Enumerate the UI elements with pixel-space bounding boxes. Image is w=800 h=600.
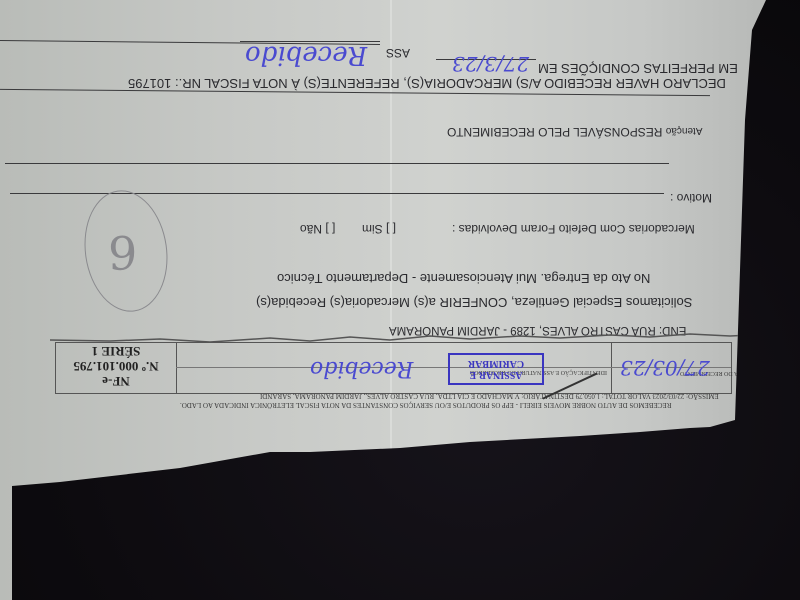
attention-text: Atenção RESPONSÁVEL PELO RECEBIMENTO [447, 125, 702, 139]
stub-date-handwritten: 27/03/23 [620, 356, 710, 380]
stub-header-line-1: RECEBEMOS DE AUTO NOBRE MOVEIS EIRELI - … [180, 401, 671, 409]
nfe-number: N.º 000.101.795 [73, 360, 158, 375]
signature-label: ASS [386, 46, 410, 60]
attention-label: Atenção [666, 125, 703, 136]
stub-divider-nfe [176, 343, 177, 393]
stub-header-line-2: EMISSÃO: 22/03/2023 VALOR TOTAL: 1.050,7… [260, 392, 719, 400]
defect-option-yes: [ ] Sim [362, 222, 396, 236]
nfe-serie: SÉRIE 1 [92, 345, 141, 360]
stamp-line-2: CARIMBAR [468, 358, 524, 369]
defect-option-no: [ ] Não [300, 222, 335, 236]
declaration-line-2: EM PERFEITAS CONDIÇÕES EM [538, 61, 738, 76]
nfe-identification: NF-e N.º 000.101.795 SÉRIE 1 [56, 343, 176, 391]
date-handwritten: 27/3/23 [452, 52, 529, 76]
circled-number: 6 [108, 225, 137, 279]
message-line-1: Solicitamos Especial Gentileza, CONFERIR… [256, 295, 692, 310]
attention-value: RESPONSÁVEL PELO RECEBIMENTO [447, 125, 662, 139]
rule-attention [5, 163, 669, 164]
stub-signature-handwritten: Recebido [310, 356, 413, 381]
defect-question: Mercadorias Com Defeito Foram Devolvidas… [452, 222, 695, 236]
declaration-line-1: DECLARO HAVER RECEBIDO A/S) MERCADORIA(S… [128, 76, 726, 91]
motivo-label: Motivo : [670, 191, 712, 205]
nfe-title: NF-e [102, 375, 129, 390]
signature-handwritten-top: Recebido [245, 40, 367, 70]
message-line-2: No Ato da Entrega. Mui Atenciosamente - … [277, 271, 650, 286]
receipt-paper: Recebido ASS 27/3/23 EM PERFEITAS CONDIÇ… [0, 0, 800, 600]
stamp-line-1: ASSINAR E [469, 369, 522, 380]
sign-and-stamp: ASSINAR E CARIMBAR [448, 353, 544, 385]
stub-divider-date [611, 343, 612, 393]
